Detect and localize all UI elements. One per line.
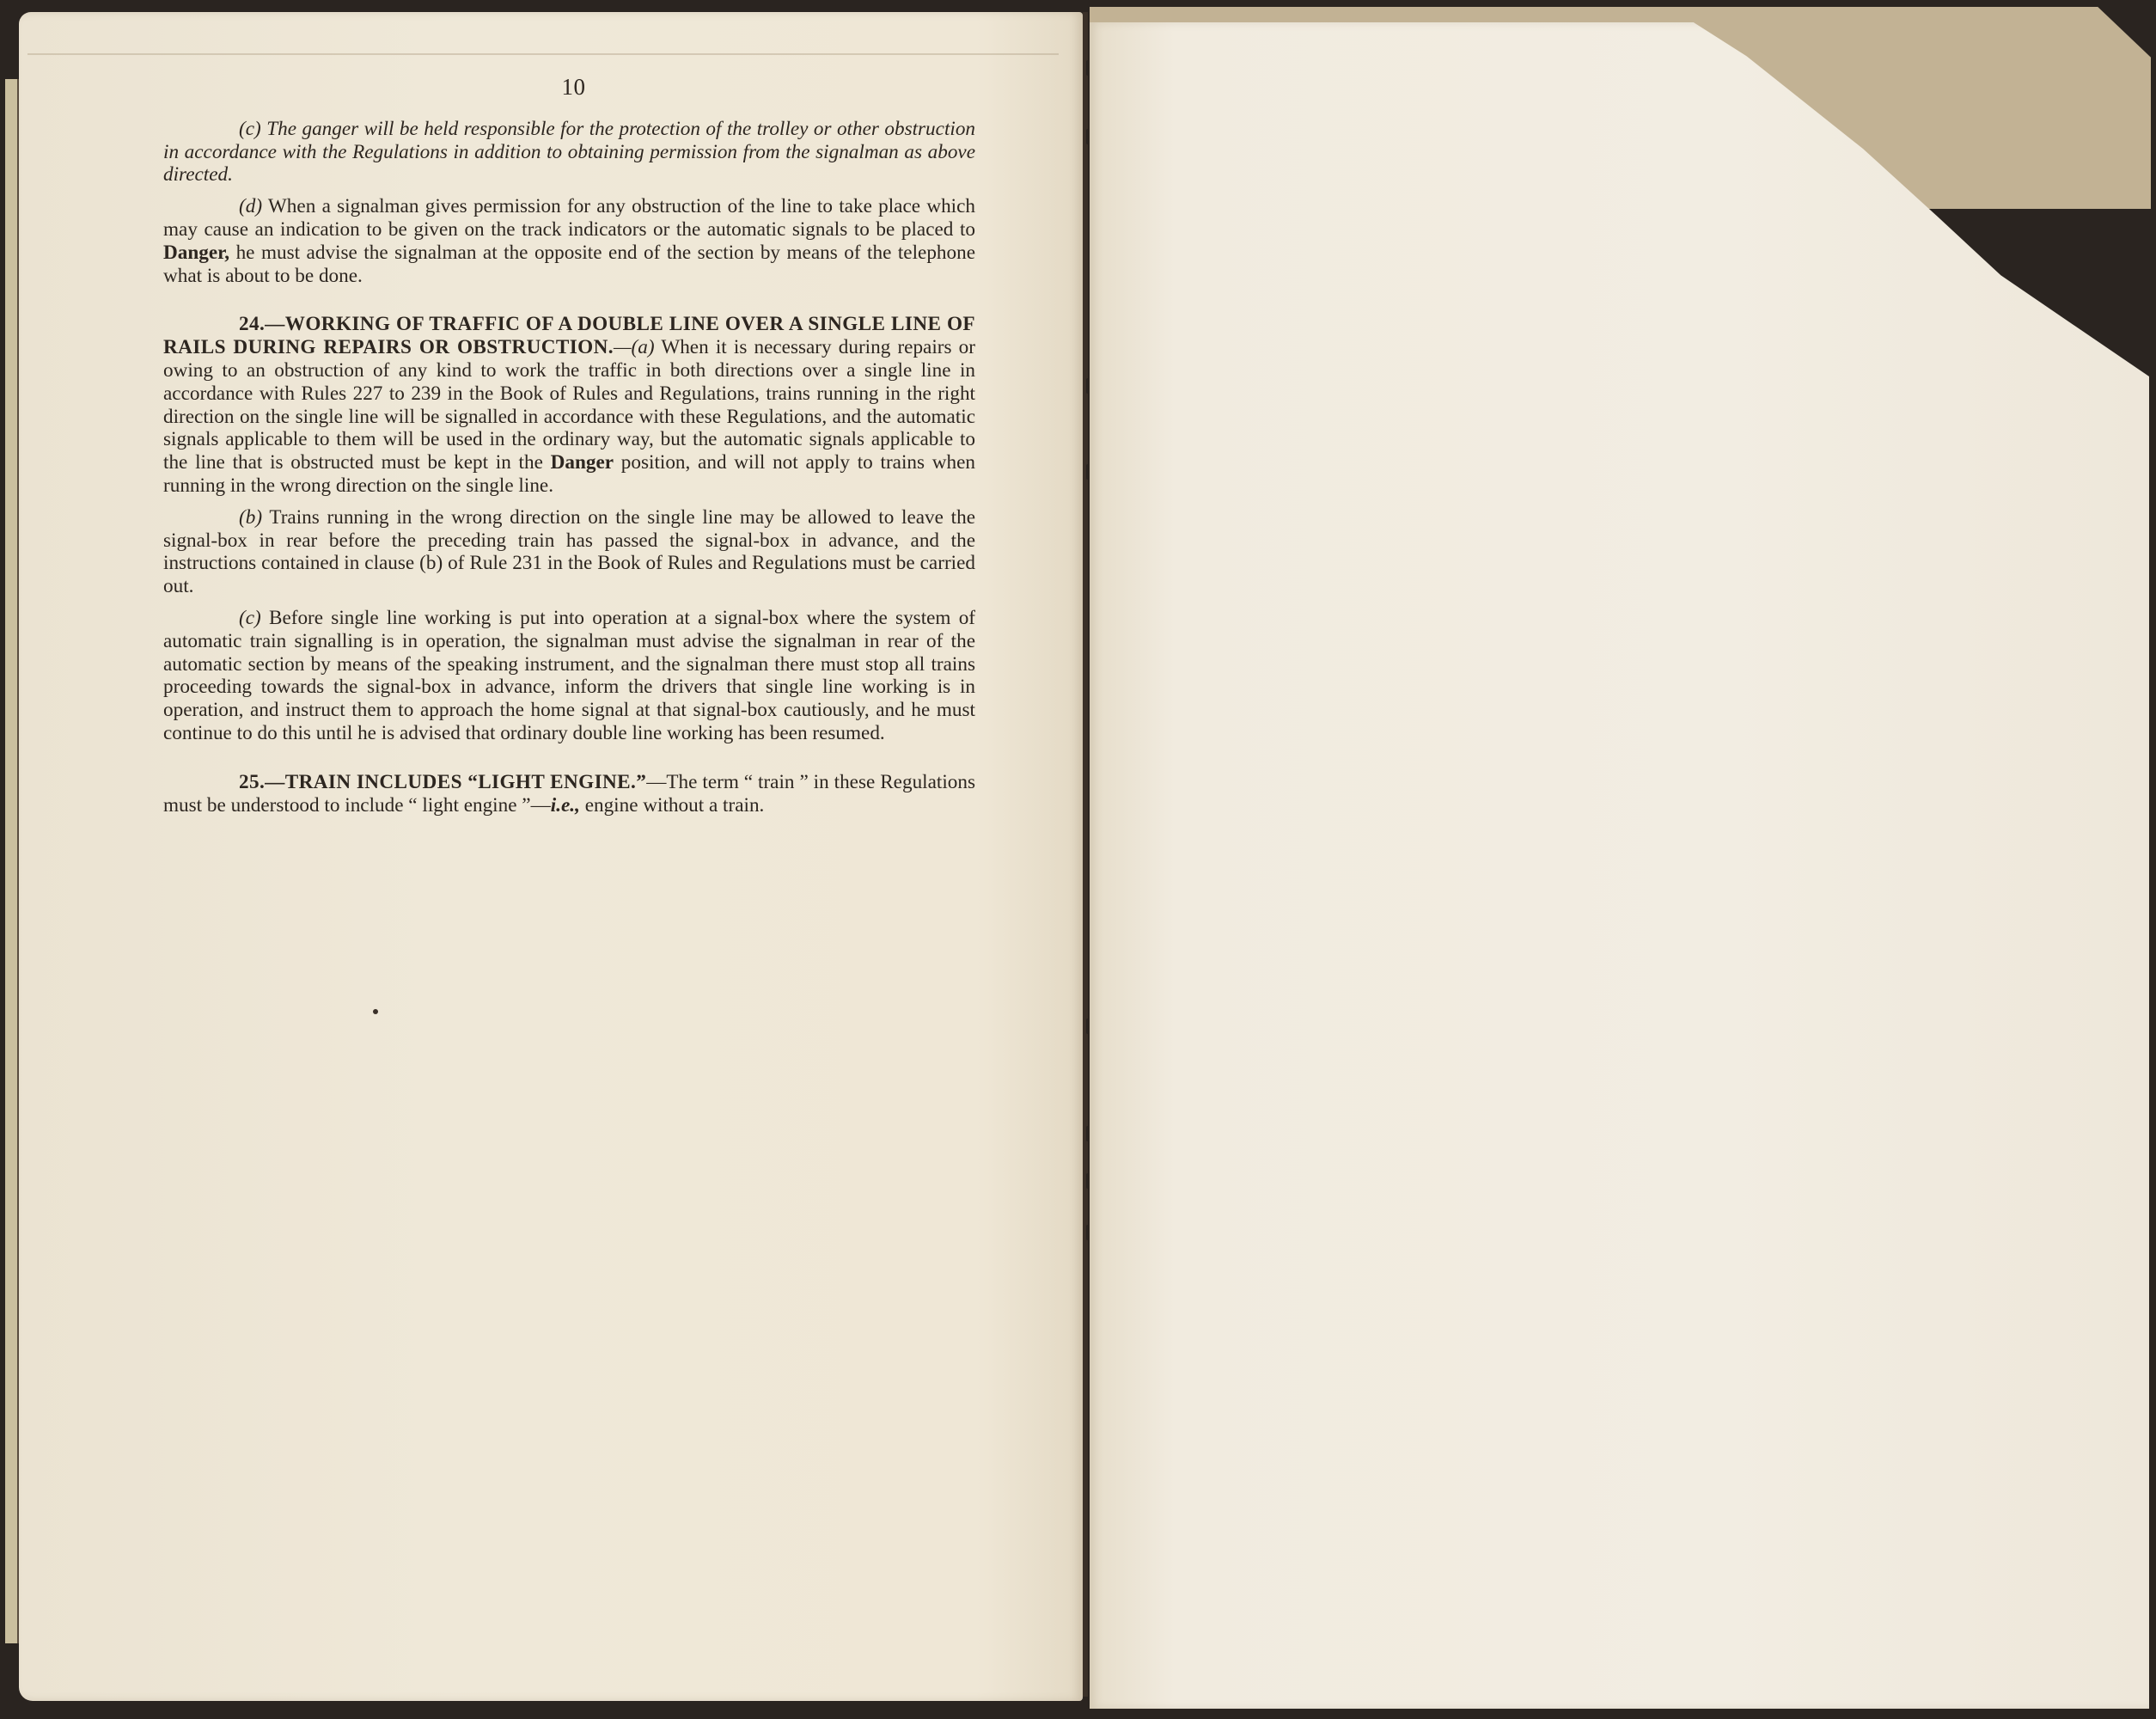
paragraph-c-ganger: (c) The ganger will be held responsible … <box>163 118 975 187</box>
emphasis-ie: i.e., <box>551 794 580 817</box>
clause-label: (c) <box>239 607 261 629</box>
left-page-text: 10 (c) The ganger will be held responsib… <box>163 76 975 825</box>
paragraph-24c: (c) Before single line working is put in… <box>163 607 975 745</box>
section-24: 24.—WORKING OF TRAFFIC OF A DOUBLE LINE … <box>163 313 975 497</box>
emphasis-danger: Danger, <box>163 242 229 264</box>
clause-text: The ganger will be held responsible for … <box>163 118 975 187</box>
clause-text: he must advise the signalman at the oppo… <box>163 242 975 287</box>
ink-speck <box>373 1009 378 1014</box>
clause-label: (c) <box>239 118 261 140</box>
clause-label: —(a) <box>614 336 655 358</box>
paragraph-d-signalman: (d) When a signalman gives permission fo… <box>163 195 975 287</box>
emphasis-danger: Danger <box>551 451 614 474</box>
section-25: 25.—TRAIN INCLUDES “LIGHT ENGINE.”—The t… <box>163 771 975 817</box>
clause-text: Trains running in the wrong direction on… <box>163 506 975 597</box>
section-25-heading: 25.—TRAIN INCLUDES “LIGHT ENGINE.” <box>239 771 646 793</box>
right-page-blank <box>1090 22 2149 1709</box>
page-number: 10 <box>163 76 975 99</box>
clause-text: engine without a train. <box>580 794 764 817</box>
clause-text: Before single line working is put into o… <box>163 607 975 744</box>
clause-label: (d) <box>239 195 262 217</box>
clause-label: (b) <box>239 506 262 529</box>
clause-text: When a signalman gives permission for an… <box>163 195 975 241</box>
paragraph-24b: (b) Trains running in the wrong directio… <box>163 506 975 598</box>
book-spine-edge <box>5 79 19 1643</box>
